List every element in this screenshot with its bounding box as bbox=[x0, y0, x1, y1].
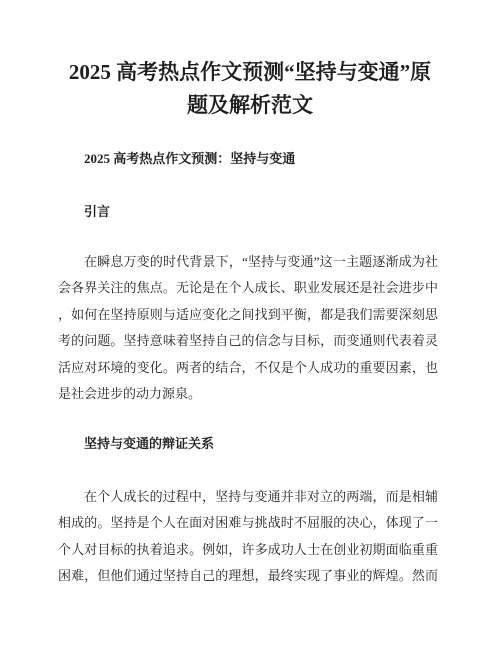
paragraph-line: 会各界关注的焦点。无论是在个人成长、职业发展还是社会进步中 bbox=[58, 275, 438, 302]
paragraph-introduction: 在瞬息万变的时代背景下，“坚持与变通”这一主题逐渐成为社 会各界关注的焦点。无论… bbox=[58, 249, 438, 408]
paragraph-line: 考的问题。坚持意味着坚持自己的信念与目标，而变通则代表着灵 bbox=[58, 328, 438, 355]
paragraph-line: ，如何在坚持原则与适应变化之间找到平衡，都是我们需要深刻思 bbox=[58, 302, 438, 329]
document-body: 2025 高考热点作文预测：坚持与变通 引言 在瞬息万变的时代背景下，“坚持与变… bbox=[58, 146, 438, 590]
title-line-1: 2025 高考热点作文预测“坚持与变通”原 bbox=[0, 56, 500, 89]
section-heading-introduction: 引言 bbox=[58, 199, 438, 226]
paragraph-line: 相成的。坚持是个人在面对困难与挑战时不屈服的决心，体现了一 bbox=[58, 510, 438, 537]
paragraph-line: 活应对环境的变化。两者的结合，不仅是个人成功的重要因素，也 bbox=[58, 355, 438, 382]
paragraph-dialectic-relation: 在个人成长的过程中，坚持与变通并非对立的两端，而是相辅 相成的。坚持是个人在面对… bbox=[58, 484, 438, 590]
paragraph-line: 是社会进步的动力源泉。 bbox=[58, 381, 438, 408]
document-page: 2025 高考热点作文预测“坚持与变通”原 题及解析范文 2025 高考热点作文… bbox=[0, 0, 500, 647]
paragraph-line: 在瞬息万变的时代背景下，“坚持与变通”这一主题逐渐成为社 bbox=[58, 249, 438, 276]
document-title: 2025 高考热点作文预测“坚持与变通”原 题及解析范文 bbox=[0, 56, 500, 122]
paragraph-line: 在个人成长的过程中，坚持与变通并非对立的两端，而是相辅 bbox=[58, 484, 438, 511]
paragraph-line: 个人对目标的执着追求。例如，许多成功人士在创业初期面临重重 bbox=[58, 537, 438, 564]
section-heading-dialectic-relation: 坚持与变通的辩证关系 bbox=[58, 431, 438, 458]
paragraph-line: 困难，但他们通过坚持自己的理想，最终实现了事业的辉煌。然而 bbox=[58, 563, 438, 590]
document-subtitle: 2025 高考热点作文预测：坚持与变通 bbox=[58, 146, 438, 173]
title-line-2: 题及解析范文 bbox=[0, 89, 500, 122]
